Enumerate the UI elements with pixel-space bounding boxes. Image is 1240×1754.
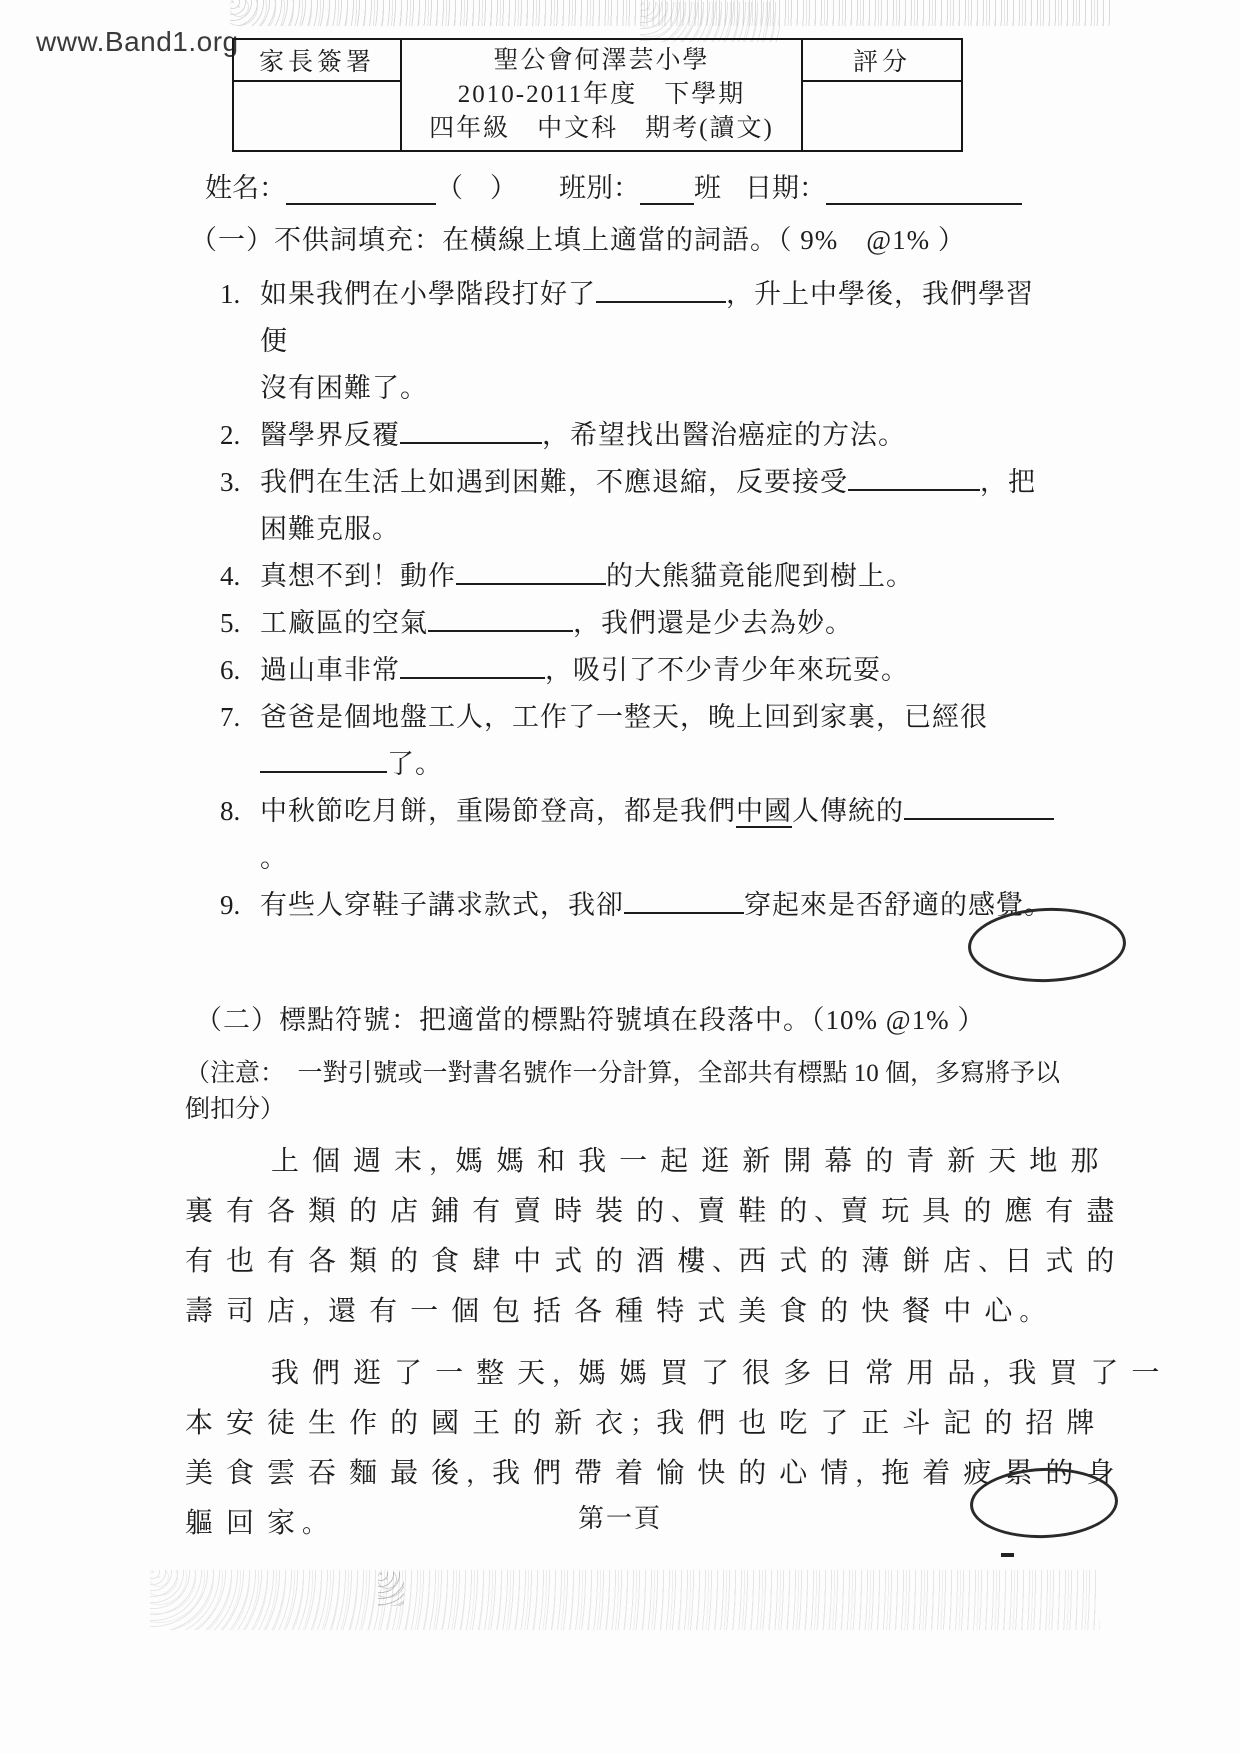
scan-noise [230, 0, 1110, 26]
answer-blank [260, 743, 387, 773]
class-label: 班別： [559, 166, 640, 205]
section-1-heading: （一）不供詞填充：在橫線上填上適當的詞語。（ 9% @1% ） [190, 218, 1060, 257]
paragraph-line: 我們逛了一整天，媽媽買了很多日常用品，我買了一 [185, 1349, 1070, 1399]
question-row: 1.如果我們在小學階段打好了，升上中學後，我們學習便沒有困難了。 [220, 271, 1060, 412]
answer-blank [400, 414, 542, 444]
question-row: 8.中秋節吃月餅，重陽節登高，都是我們中國人傳統的。 [220, 788, 1060, 882]
question-number: 3. [220, 459, 260, 553]
date-blank [826, 179, 1022, 205]
class-blank [640, 179, 694, 205]
answer-blank [848, 461, 980, 491]
question-row: 3.我們在生活上如遇到困難，不應退縮，反要接受，把困難克服。 [220, 459, 1060, 553]
parent-signature-column: 家長簽署 [234, 40, 402, 150]
paragraph-line: 壽司店，還有一個包括各種特式美食的快餐中心。 [185, 1287, 1070, 1337]
question-number: 8. [220, 788, 260, 882]
section-1-fill-in: （一）不供詞填充：在橫線上填上適當的詞語。（ 9% @1% ） 1.如果我們在小… [190, 218, 1060, 929]
paragraph: 上個週末，媽媽和我一起逛新開幕的青新天地那裏有各類的店鋪有賣時裝的、賣鞋的、賣玩… [185, 1137, 1070, 1337]
class-subject-exam: 四年級 中文科 期考(讀文) [429, 112, 774, 146]
scan-noise [150, 1570, 1100, 1630]
page-number: 第一頁 [0, 1498, 1240, 1535]
question-number: 4. [220, 553, 260, 600]
student-info-line: 姓名： （ ） 班別： 班 日期： [205, 166, 1035, 205]
underlined-word: 中國 [736, 796, 792, 828]
question-text: 我們在生活上如遇到困難，不應退縮，反要接受，把困難克服。 [260, 459, 1060, 553]
name-bracket: （ ） [436, 166, 517, 205]
name-blank [286, 179, 436, 205]
question-text: 過山車非常，吸引了不少青少年來玩耍。 [260, 647, 1060, 694]
scan-noise [378, 1572, 404, 1606]
paragraph-line: 本安徒生作的國王的新衣；我們也吃了正斗記的招牌 [185, 1399, 1070, 1449]
class-unit: 班 [694, 166, 721, 205]
answer-blank [904, 790, 1054, 820]
answer-blank [456, 555, 606, 585]
question-text: 如果我們在小學階段打好了，升上中學後，我們學習便沒有困難了。 [260, 271, 1060, 412]
school-info-column: 聖公會何澤芸小學 2010-2011年度 下學期 四年級 中文科 期考(讀文) [402, 40, 803, 150]
name-label: 姓名： [205, 166, 286, 205]
question-text: 爸爸是個地盤工人，工作了一整天，晚上回到家裏，已經很了。 [260, 694, 1060, 788]
pen-dash-mark [1001, 1553, 1014, 1557]
question-row: 4.真想不到！動作的大熊貓竟能爬到樹上。 [220, 553, 1060, 600]
paragraph-line: 美食雲吞麵最後，我們帶着愉快的心情，拖着疲累的身 [185, 1449, 1070, 1499]
question-text: 中秋節吃月餅，重陽節登高，都是我們中國人傳統的。 [260, 788, 1060, 882]
scan-noise [640, 2, 780, 42]
question-text: 真想不到！動作的大熊貓竟能爬到樹上。 [260, 553, 1060, 600]
question-text: 醫學界反覆，希望找出醫治癌症的方法。 [260, 412, 1060, 459]
question-row: 5.工廠區的空氣，我們還是少去為妙。 [220, 600, 1060, 647]
question-row: 6.過山車非常，吸引了不少青少年來玩耍。 [220, 647, 1060, 694]
score-label: 評分 [803, 40, 961, 82]
punctuation-paragraphs: 上個週末，媽媽和我一起逛新開幕的青新天地那裏有各類的店鋪有賣時裝的、賣鞋的、賣玩… [185, 1137, 1070, 1549]
question-row: 7.爸爸是個地盤工人，工作了一整天，晚上回到家裏，已經很了。 [220, 694, 1060, 788]
question-text: 工廠區的空氣，我們還是少去為妙。 [260, 600, 1060, 647]
question-number: 9. [220, 882, 260, 929]
answer-blank [428, 602, 573, 632]
question-row: 9.有些人穿鞋子講求款式，我卻穿起來是否舒適的感覺。 [220, 882, 1060, 929]
exam-paper-page: www.Band1.org 家長簽署 聖公會何澤芸小學 2010-2011年度 … [0, 0, 1240, 1754]
paragraph-line: 上個週末，媽媽和我一起逛新開幕的青新天地那 [185, 1137, 1070, 1187]
question-row: 2.醫學界反覆，希望找出醫治癌症的方法。 [220, 412, 1060, 459]
paragraph-line: 裏有各類的店鋪有賣時裝的、賣鞋的、賣玩具的應有盡 [185, 1187, 1070, 1237]
paragraph-line: 有也有各類的食肆中式的酒樓、西式的薄餅店、日式的 [185, 1237, 1070, 1287]
answer-blank [624, 884, 744, 914]
question-number: 1. [220, 271, 260, 412]
question-number: 2. [220, 412, 260, 459]
section-2-heading: （二）標點符號：把適當的標點符號填在段落中。（10% @1% ） [195, 998, 1070, 1037]
section-2-note: （注意： 一對引號或一對書名號作一分計算，全部共有標點 10 個，多寫將予以倒扣… [185, 1053, 1070, 1125]
watermark-url: www.Band1.org [36, 26, 239, 58]
year-term: 2010-2011年度 下學期 [458, 78, 745, 112]
question-number: 5. [220, 600, 260, 647]
school-name: 聖公會何澤芸小學 [493, 44, 709, 78]
date-label: 日期： [745, 166, 826, 205]
question-number: 6. [220, 647, 260, 694]
score-column: 評分 [803, 40, 961, 150]
answer-blank [400, 649, 545, 679]
answer-blank [596, 273, 726, 303]
question-text: 有些人穿鞋子講求款式，我卻穿起來是否舒適的感覺。 [260, 882, 1060, 929]
question-number: 7. [220, 694, 260, 788]
header-table: 家長簽署 聖公會何澤芸小學 2010-2011年度 下學期 四年級 中文科 期考… [232, 38, 963, 152]
question-list: 1.如果我們在小學階段打好了，升上中學後，我們學習便沒有困難了。2.醫學界反覆，… [190, 271, 1060, 929]
section-2-punctuation: （二）標點符號：把適當的標點符號填在段落中。（10% @1% ） （注意： 一對… [185, 998, 1070, 1549]
parent-signature-label: 家長簽署 [234, 40, 400, 82]
